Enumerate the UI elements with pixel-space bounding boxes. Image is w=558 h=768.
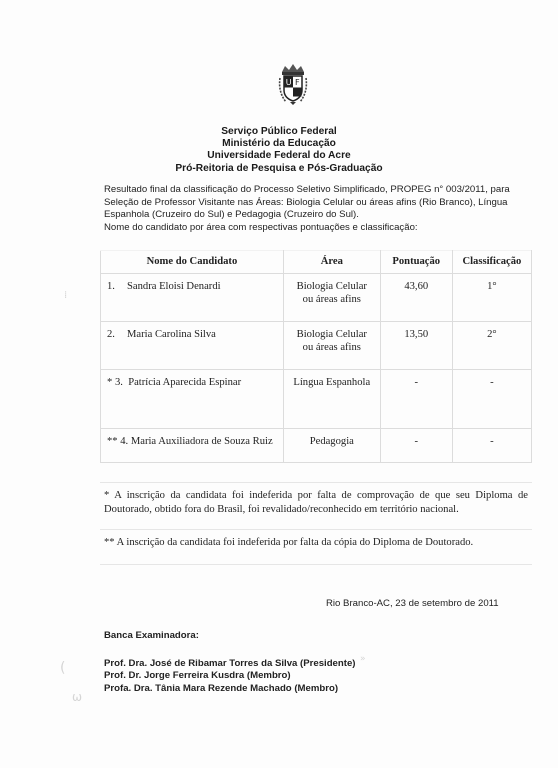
- candidate-name-cell: 2.Maria Carolina Silva: [101, 322, 284, 370]
- candidate-name-cell: * 3. Patrícia Aparecida Espinar: [101, 370, 284, 429]
- area-line: ou áreas afins: [284, 341, 380, 354]
- area-line: Língua Espanhola: [284, 376, 380, 389]
- svg-text:F: F: [295, 78, 300, 87]
- table-row: 1.Sandra Eloisi Denardi Biologia Celular…: [101, 274, 532, 322]
- university-crest-icon: U F: [276, 62, 310, 106]
- area-cell: Pedagogia: [283, 429, 380, 463]
- intro-text: Resultado final da classificação do Proc…: [104, 184, 544, 234]
- score-cell: -: [380, 429, 452, 463]
- rank-cell: -: [452, 429, 531, 463]
- candidate-number: 2.: [107, 328, 127, 341]
- footnotes: * A inscrição da candidata foi indeferid…: [100, 482, 532, 565]
- header-line: Universidade Federal do Acre: [0, 150, 558, 162]
- date-line: Rio Branco-AC, 23 de setembro de 2011: [326, 598, 499, 609]
- scan-mark: ω: [72, 690, 82, 704]
- candidate-name: Maria Auxiliadora de Souza Ruiz: [131, 436, 273, 447]
- table-row: * 3. Patrícia Aparecida Espinar Língua E…: [101, 370, 532, 429]
- column-header-rank: Classificação: [452, 251, 531, 274]
- intro-paragraph: Resultado final da classificação do Proc…: [104, 184, 544, 222]
- banca-members: Prof. Dra. José de Ribamar Torres da Sil…: [104, 658, 355, 695]
- rank-cell: 2°: [452, 322, 531, 370]
- header-line: Ministério da Educação: [0, 138, 558, 150]
- banca-member: Profa. Dra. Tânia Mara Rezende Machado (…: [104, 683, 355, 695]
- table-row: ** 4. Maria Auxiliadora de Souza Ruiz Pe…: [101, 429, 532, 463]
- area-line: ou áreas afins: [284, 293, 380, 306]
- intro-subtitle: Nome do candidato por área com respectiv…: [104, 222, 544, 235]
- banca-member: Prof. Dr. Jorge Ferreira Kusdra (Membro): [104, 670, 355, 682]
- header-line: Serviço Público Federal: [0, 126, 558, 138]
- score-cell: -: [380, 370, 452, 429]
- candidate-number: 1.: [107, 280, 127, 293]
- area-line: Biologia Celular: [284, 328, 380, 341]
- candidate-number: ** 4.: [107, 436, 128, 447]
- score-cell: 43,60: [380, 274, 452, 322]
- results-table: Nome do Candidato Área Pontuação Classif…: [100, 250, 532, 463]
- table-row: 2.Maria Carolina Silva Biologia Celularo…: [101, 322, 532, 370]
- document-header: Serviço Público Federal Ministério da Ed…: [0, 126, 558, 175]
- banca-member: Prof. Dra. José de Ribamar Torres da Sil…: [104, 658, 355, 670]
- candidate-number: * 3.: [107, 377, 123, 388]
- column-header-score: Pontuação: [380, 251, 452, 274]
- svg-text:U: U: [286, 78, 292, 87]
- area-cell: Biologia Celularou áreas afins: [283, 322, 380, 370]
- area-line: Biologia Celular: [284, 280, 380, 293]
- footnote: ** A inscrição da candidata foi indeferi…: [100, 530, 532, 565]
- header-line: Pró-Reitoria de Pesquisa e Pós-Graduação: [0, 163, 558, 175]
- candidate-name: Sandra Eloisi Denardi: [127, 281, 221, 292]
- rank-cell: 1°: [452, 274, 531, 322]
- column-header-name: Nome do Candidato: [101, 251, 284, 274]
- area-cell: Biologia Celularou áreas afins: [283, 274, 380, 322]
- footnote: * A inscrição da candidata foi indeferid…: [100, 482, 532, 530]
- rank-cell: -: [452, 370, 531, 429]
- candidate-name-cell: 1.Sandra Eloisi Denardi: [101, 274, 284, 322]
- candidate-name: Maria Carolina Silva: [127, 329, 216, 340]
- table-header-row: Nome do Candidato Área Pontuação Classif…: [101, 251, 532, 274]
- score-cell: 13,50: [380, 322, 452, 370]
- candidate-name-cell: ** 4. Maria Auxiliadora de Souza Ruiz: [101, 429, 284, 463]
- column-header-area: Área: [283, 251, 380, 274]
- area-cell: Língua Espanhola: [283, 370, 380, 429]
- scan-mark: ⁞: [64, 290, 67, 301]
- scan-mark: (: [60, 660, 65, 676]
- scan-mark: »: [360, 654, 366, 664]
- area-line: Pedagogia: [284, 435, 380, 448]
- candidate-name: Patrícia Aparecida Espinar: [128, 377, 241, 388]
- banca-title: Banca Examinadora:: [104, 630, 199, 641]
